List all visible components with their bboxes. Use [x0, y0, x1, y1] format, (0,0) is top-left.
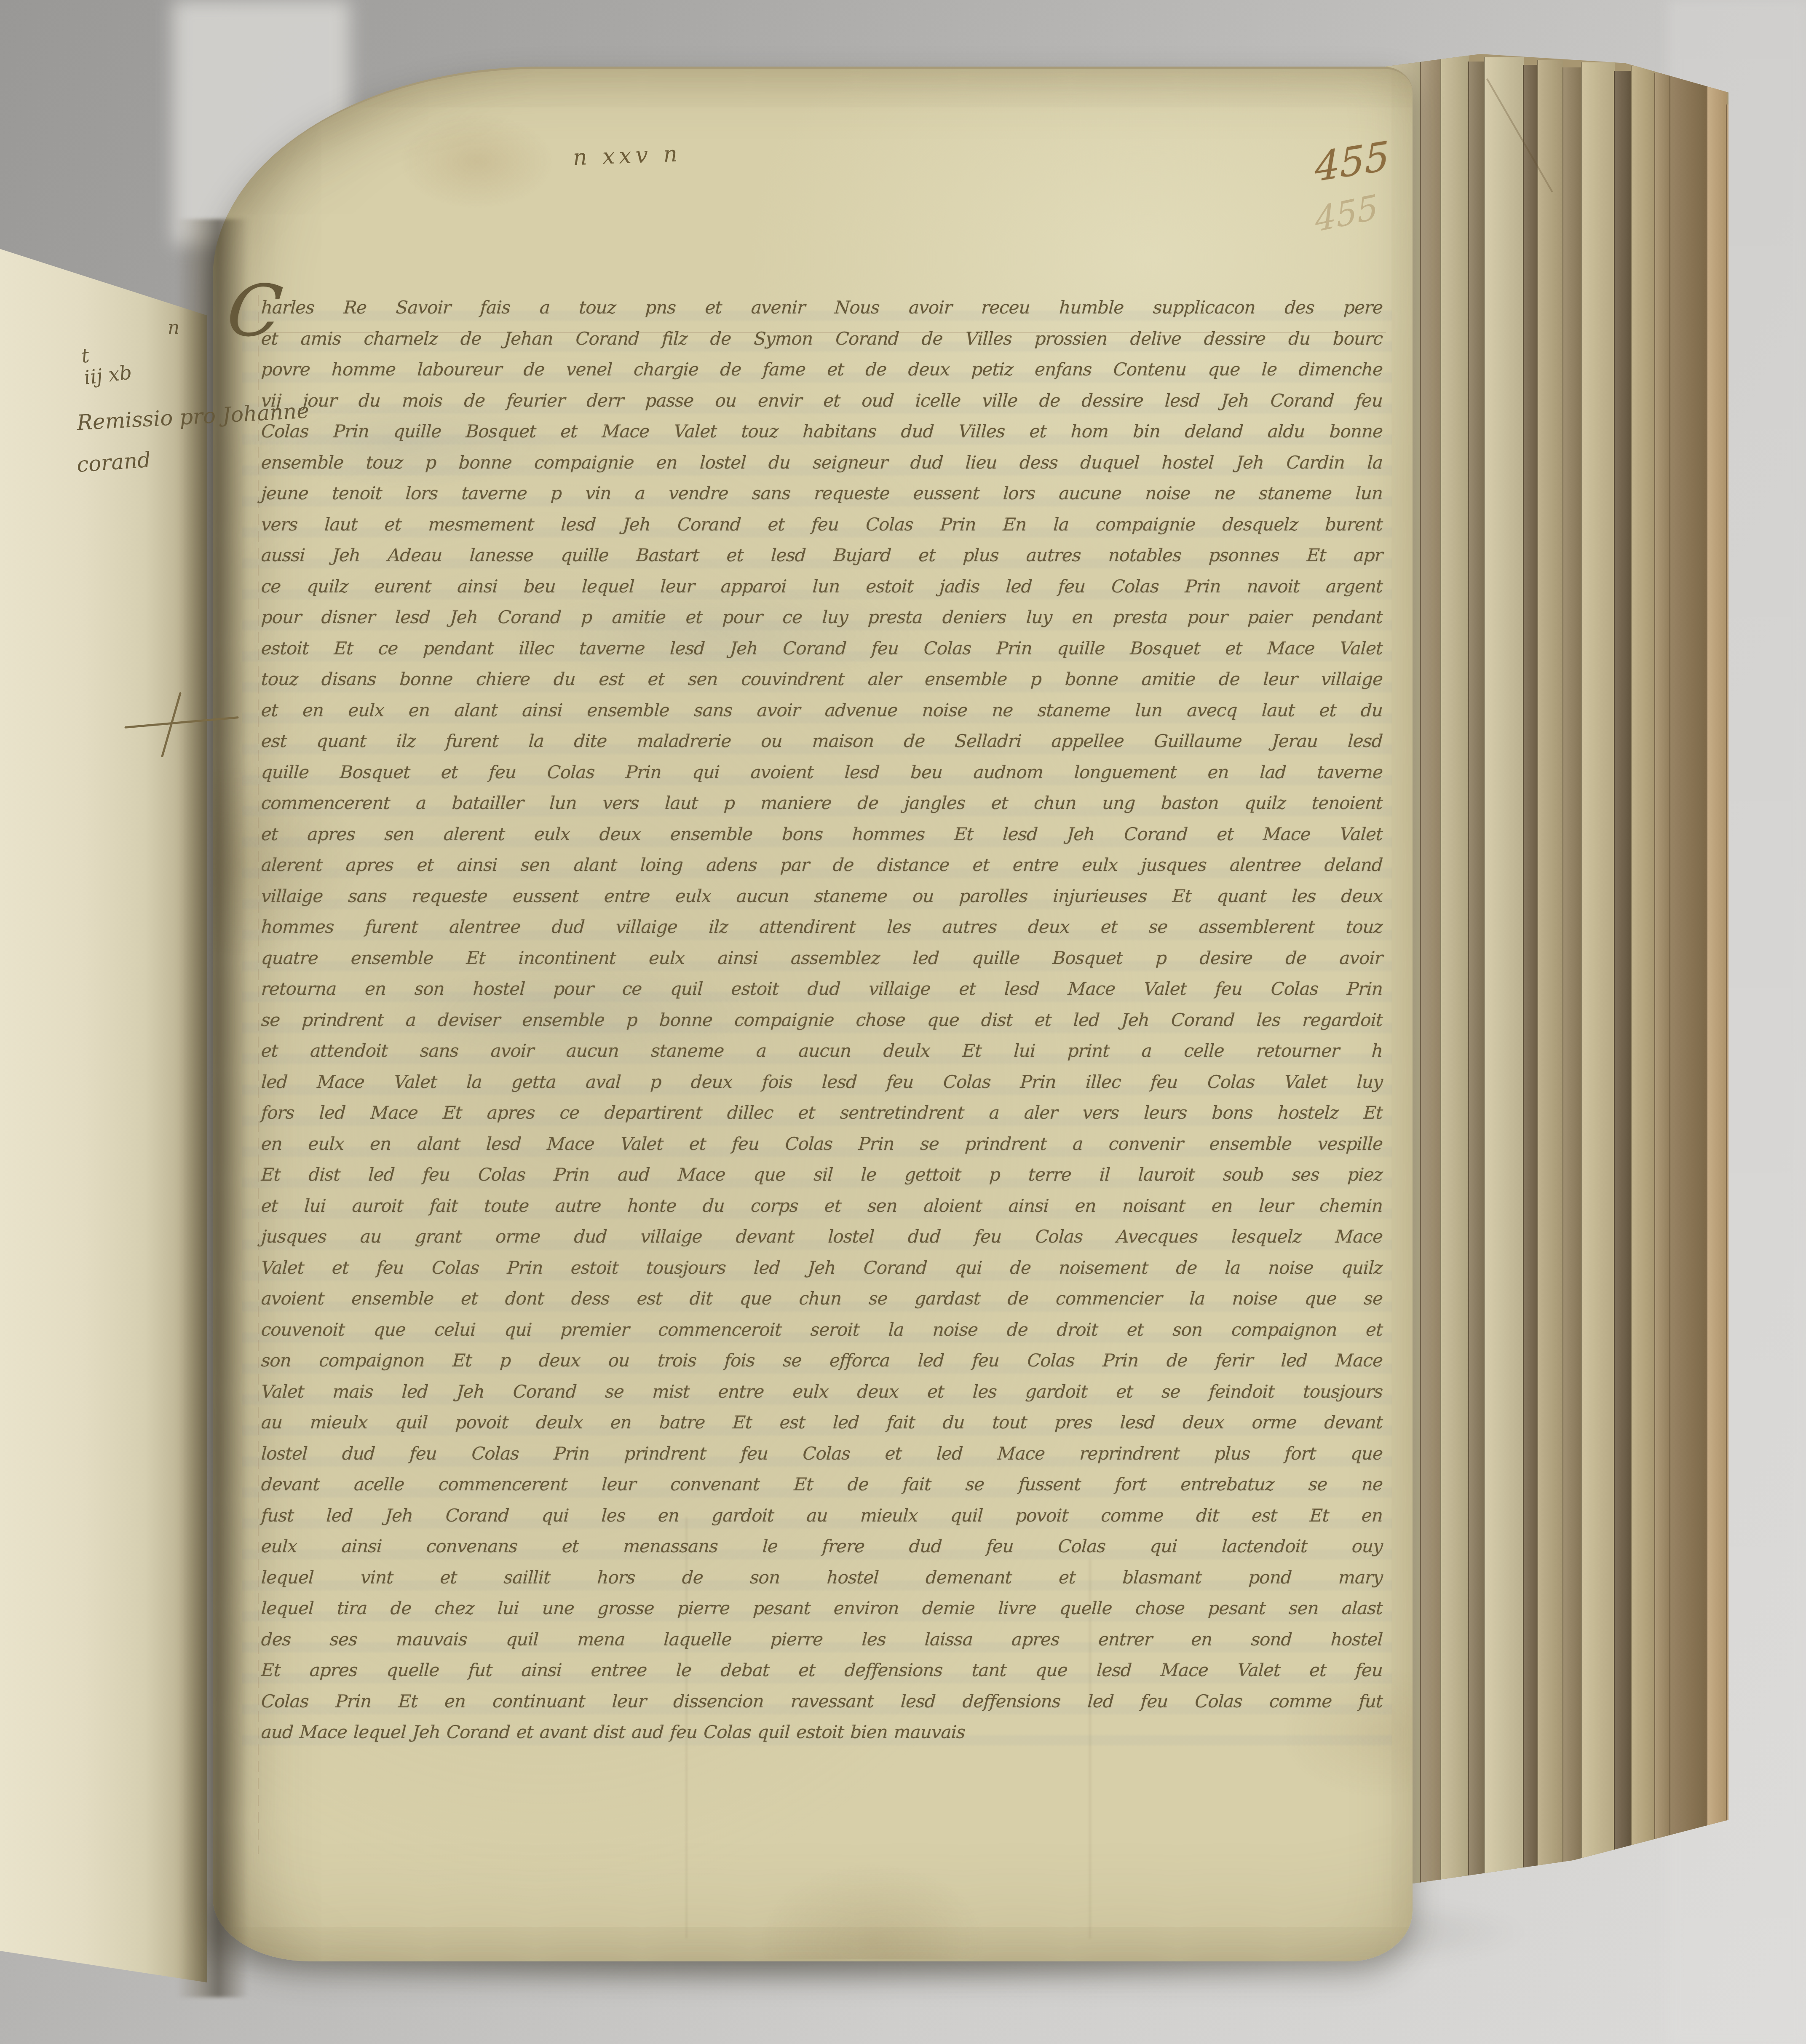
quire-mark: n xxv n — [573, 142, 682, 171]
manuscript-line: en eulx en alant lesd Mace Valet et feu … — [260, 1128, 1383, 1160]
manuscript-line: Colas Prin Et en continuant leur dissenc… — [260, 1686, 1383, 1717]
manuscript-line: Et dist led feu Colas Prin aud Mace que … — [260, 1159, 1383, 1190]
manuscript-line: Valet et feu Colas Prin estoit tousjours… — [260, 1252, 1383, 1283]
manuscript-line: lequel tira de chez lui une grosse pierr… — [260, 1593, 1383, 1624]
page-edge-strip — [1440, 56, 1469, 1881]
manuscript-line: lostel dud feu Colas Prin prindrent feu … — [260, 1438, 1383, 1469]
manuscript-line: lequel vint et saillit hors de son hoste… — [260, 1562, 1383, 1593]
manuscript-line: quatre ensemble Et incontinent eulx ains… — [260, 943, 1383, 974]
manuscript-line: est quant ilz furent la dite maladrerie … — [260, 726, 1383, 757]
manuscript-line: pour disner lesd Jeh Corand p amitie et … — [260, 602, 1383, 633]
ruling-line-left-margin — [258, 295, 259, 1854]
page-edge-strip — [1563, 67, 1582, 1880]
manuscript-line: eulx ainsi convenans et menassans le fre… — [260, 1531, 1383, 1562]
manuscript-line: Colas Prin quille Bosquet et Mace Valet … — [260, 416, 1383, 447]
manuscript-line: et en eulx en alant ainsi ensemble sans … — [260, 695, 1383, 726]
manuscript-line: ensemble touz p bonne compaignie en lost… — [260, 447, 1383, 478]
manuscript-line: villaige sans requeste eussent entre eul… — [260, 881, 1383, 912]
manuscript-line: led Mace Valet la getta aval p deux fois… — [260, 1066, 1383, 1098]
manuscript-line: et apres sen alerent eulx deux ensemble … — [260, 819, 1383, 850]
gutter-shadow — [177, 219, 249, 1997]
page-edge-strip — [1581, 62, 1615, 1873]
manuscript-line: devant acelle commencerent leur convenan… — [260, 1469, 1383, 1500]
manuscript-line: des ses mauvais quil mena laquelle pierr… — [260, 1624, 1383, 1655]
manuscript-line: ce quilz eurent ainsi beu lequel leur ap… — [260, 571, 1383, 602]
manuscript-line: Valet mais led Jeh Corand se mist entre … — [260, 1376, 1383, 1407]
manuscript-line: povre homme laboureur de venel chargie d… — [260, 354, 1383, 385]
manuscript-line: et amis charnelz de Jehan Corand filz de… — [260, 323, 1383, 354]
manuscript-photo: n xxv n 455 455 n t iij xb Remissio pro … — [0, 0, 1806, 2044]
manuscript-line: quille Bosquet et feu Colas Prin qui avo… — [260, 757, 1383, 788]
manuscript-line: estoit Et ce pendant illec taverne lesd … — [260, 633, 1383, 664]
page-edge-strip — [1537, 60, 1563, 1875]
manuscript-line: son compaignon Et p deux ou trois fois s… — [260, 1345, 1383, 1376]
manuscript-line: et attendoit sans avoir aucun staneme a … — [260, 1035, 1383, 1066]
manuscript-line: fust led Jeh Corand qui les en gardoit a… — [260, 1500, 1383, 1531]
page-edge-strip — [1468, 62, 1485, 1885]
page-edge-strip — [1420, 58, 1441, 1884]
page-edge-strip — [1670, 69, 1707, 1867]
manuscript-line: fors led Mace Et apres ce departirent di… — [260, 1097, 1383, 1128]
manuscript-line: harles Re Savoir fais a touz pns et aven… — [260, 292, 1383, 323]
page-edge-strip — [1614, 71, 1632, 1877]
manuscript-line: commencerent a batailler lun vers laut p… — [260, 788, 1383, 819]
manuscript-line: touz disans bonne chiere du est et sen c… — [260, 664, 1383, 695]
page-edge-strip — [1654, 73, 1670, 1874]
manuscript-line: Et apres quelle fut ainsi entree le deba… — [260, 1655, 1383, 1686]
manuscript-line: aud Mace lequel Jeh Corand et avant dist… — [260, 1717, 1383, 1748]
page-edge-strip — [1631, 66, 1655, 1869]
manuscript-line: retourna en son hostel pour ce quil esto… — [260, 973, 1383, 1005]
manuscript-line: vers laut et mesmement lesd Jeh Corand e… — [260, 509, 1383, 540]
page-edge-stack — [1384, 54, 1728, 1888]
manuscript-line: jusques au grant orme dud villaige devan… — [260, 1221, 1383, 1252]
page-edge-strip — [1523, 65, 1538, 1883]
margin-note-corand: corand — [76, 447, 152, 477]
manuscript-line: jeune tenoit lors taverne p vin a vendre… — [260, 478, 1383, 509]
page-edge-strip — [1707, 76, 1727, 1871]
page-edge-strip — [1484, 57, 1524, 1878]
manuscript-text-block: harles Re Savoir fais a touz pns et aven… — [261, 292, 1383, 1748]
margin-tally-mark: t iij xb — [80, 339, 133, 388]
manuscript-line: se prindrent a deviser ensemble p bonne … — [260, 1005, 1383, 1036]
manuscript-line: couvenoit que celui qui premier commence… — [260, 1314, 1383, 1345]
manuscript-line: alerent apres et ainsi sen alant loing a… — [260, 849, 1383, 881]
facing-page-sliver — [0, 230, 207, 1982]
manuscript-line: vij jour du mois de feurier derr passe o… — [260, 385, 1383, 416]
manuscript-line: au mieulx quil povoit deulx en batre Et … — [260, 1407, 1383, 1438]
manuscript-line: avoient ensemble et dont dess est dit qu… — [260, 1283, 1383, 1314]
manuscript-line: aussi Jeh Adeau lanesse quille Bastart e… — [260, 540, 1383, 571]
manuscript-line: et lui auroit fait toute autre honte du … — [260, 1190, 1383, 1222]
margin-mark-n: n — [168, 317, 179, 338]
manuscript-line: hommes furent alentree dud villaige ilz … — [260, 911, 1383, 943]
